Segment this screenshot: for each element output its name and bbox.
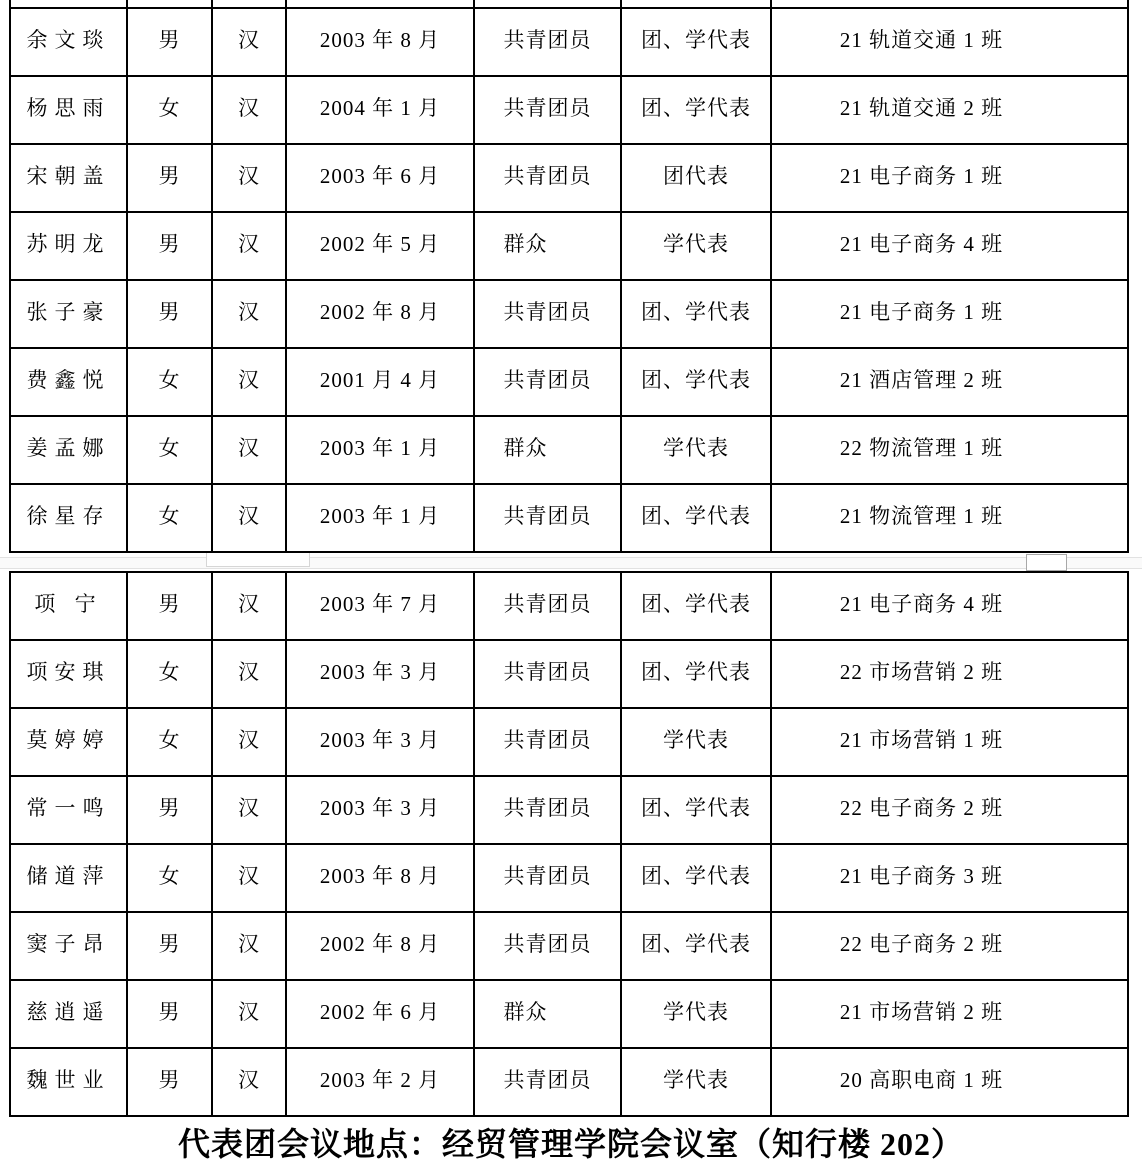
table-cell: 群众	[475, 417, 622, 485]
table-cell-partial	[128, 0, 213, 9]
table-cell: 共青团员	[475, 845, 622, 913]
table-cell: 22 电子商务 2 班	[772, 913, 1127, 981]
table-row: 常一鸣男汉2003 年 3 月共青团员团、学代表22 电子商务 2 班	[11, 777, 1127, 845]
table-cell: 2003 年 6 月	[287, 145, 475, 213]
table-cell: 共青团员	[475, 77, 622, 145]
table-cell: 2003 年 3 月	[287, 777, 475, 845]
table-cell-partial	[475, 0, 622, 9]
table-cell: 男	[128, 1049, 213, 1117]
table-cell: 团、学代表	[622, 281, 772, 349]
table-cell: 群众	[475, 981, 622, 1049]
table-cell: 女	[128, 709, 213, 777]
page-break-handle-left	[206, 551, 310, 567]
table-cell: 男	[128, 281, 213, 349]
table-cell: 团、学代表	[622, 913, 772, 981]
table-cell: 22 电子商务 2 班	[772, 777, 1127, 845]
table-cell: 汉	[213, 981, 287, 1049]
table-cell: 团、学代表	[622, 9, 772, 77]
table-cell: 21 电子商务 1 班	[772, 281, 1127, 349]
table-cell: 储道萍	[11, 845, 128, 913]
table-row: 姜孟娜女汉2003 年 1 月群众 学代表22 物流管理 1 班	[11, 417, 1127, 485]
table-cell: 学代表	[622, 981, 772, 1049]
table-cell: 男	[128, 145, 213, 213]
roster-table-page-1: 余文琰男汉2003 年 8 月共青团员团、学代表21 轨道交通 1 班杨思雨女汉…	[9, 0, 1129, 553]
table-cell: 共青团员	[475, 709, 622, 777]
table-cell: 21 轨道交通 2 班	[772, 77, 1127, 145]
roster-table-page-2: 项 宁男汉2003 年 7 月共青团员团、学代表21 电子商务 4 班项安琪女汉…	[9, 571, 1129, 1117]
table-cell: 苏明龙	[11, 213, 128, 281]
table-cell: 共青团员	[475, 573, 622, 641]
table-row: 张子豪男汉2002 年 8 月共青团员团、学代表21 电子商务 1 班	[11, 281, 1127, 349]
table-cell-partial	[11, 0, 128, 9]
table-cell-partial	[213, 0, 287, 9]
table-cell: 魏世业	[11, 1049, 128, 1117]
table-row: 魏世业男汉2003 年 2 月共青团员学代表20 高职电商 1 班	[11, 1049, 1127, 1117]
table-cell: 2003 年 3 月	[287, 709, 475, 777]
table-cell: 莫婷婷	[11, 709, 128, 777]
table-cell: 团、学代表	[622, 777, 772, 845]
table-cell: 宋朝盖	[11, 145, 128, 213]
table-cell: 女	[128, 485, 213, 553]
table-cell: 团、学代表	[622, 573, 772, 641]
table-cell: 21 轨道交通 1 班	[772, 9, 1127, 77]
table-row: 慈逍遥男汉2002 年 6 月群众 学代表21 市场营销 2 班	[11, 981, 1127, 1049]
table-cell: 共青团员	[475, 281, 622, 349]
table-row: 苏明龙男汉2002 年 5 月群众 学代表21 电子商务 4 班	[11, 213, 1127, 281]
table-cell: 共青团员	[475, 777, 622, 845]
table-cell: 21 市场营销 1 班	[772, 709, 1127, 777]
table-cell-partial	[287, 0, 475, 9]
table-cell: 女	[128, 845, 213, 913]
table-cell: 汉	[213, 349, 287, 417]
table-cell: 共青团员	[475, 913, 622, 981]
table-row: 莫婷婷女汉2003 年 3 月共青团员学代表21 市场营销 1 班	[11, 709, 1127, 777]
table-cell: 汉	[213, 485, 287, 553]
table-cell: 团、学代表	[622, 845, 772, 913]
table-cell: 女	[128, 77, 213, 145]
table-cell: 21 市场营销 2 班	[772, 981, 1127, 1049]
table-cell: 姜孟娜	[11, 417, 128, 485]
table-cell: 学代表	[622, 213, 772, 281]
table-cell: 男	[128, 777, 213, 845]
table-cell: 常一鸣	[11, 777, 128, 845]
table-cell: 2003 年 3 月	[287, 641, 475, 709]
table-cell: 男	[128, 9, 213, 77]
table-cell: 团、学代表	[622, 349, 772, 417]
table-cell: 男	[128, 573, 213, 641]
table-cell: 慈逍遥	[11, 981, 128, 1049]
page-break-handle-right	[1026, 554, 1067, 571]
table-row: 储道萍女汉2003 年 8 月共青团员团、学代表21 电子商务 3 班	[11, 845, 1127, 913]
table-cell: 余文琰	[11, 9, 128, 77]
table-cell: 张子豪	[11, 281, 128, 349]
table-cell: 21 物流管理 1 班	[772, 485, 1127, 553]
table-cell: 21 酒店管理 2 班	[772, 349, 1127, 417]
page-break-divider	[0, 557, 1142, 569]
table-cell: 汉	[213, 213, 287, 281]
table-cell: 女	[128, 349, 213, 417]
table-cell: 21 电子商务 4 班	[772, 213, 1127, 281]
table-cell: 2003 年 7 月	[287, 573, 475, 641]
table-cell: 学代表	[622, 709, 772, 777]
table-row: 徐星存女汉2003 年 1 月共青团员团、学代表21 物流管理 1 班	[11, 485, 1127, 553]
table-cell: 男	[128, 213, 213, 281]
table-cell: 21 电子商务 1 班	[772, 145, 1127, 213]
document-page: 余文琰男汉2003 年 8 月共青团员团、学代表21 轨道交通 1 班杨思雨女汉…	[0, 0, 1142, 1176]
table-cell: 汉	[213, 9, 287, 77]
table-cell: 汉	[213, 641, 287, 709]
table-cell: 2002 年 8 月	[287, 913, 475, 981]
table-cell: 男	[128, 981, 213, 1049]
table-cell: 2003 年 1 月	[287, 417, 475, 485]
table-cell: 22 市场营销 2 班	[772, 641, 1127, 709]
table-cell: 徐星存	[11, 485, 128, 553]
table-row-clipped	[11, 0, 1127, 9]
table-cell: 2003 年 8 月	[287, 845, 475, 913]
meeting-location-caption: 代表团会议地点：经贸管理学院会议室（知行楼 202）	[0, 1119, 1142, 1165]
table-cell: 汉	[213, 777, 287, 845]
table-cell: 团、学代表	[622, 77, 772, 145]
table-cell: 窦子昂	[11, 913, 128, 981]
table-cell: 女	[128, 641, 213, 709]
table-cell: 汉	[213, 281, 287, 349]
table-cell: 汉	[213, 845, 287, 913]
table-cell: 20 高职电商 1 班	[772, 1049, 1127, 1117]
table-row: 项 宁男汉2003 年 7 月共青团员团、学代表21 电子商务 4 班	[11, 573, 1127, 641]
table-cell: 汉	[213, 145, 287, 213]
table-cell: 群众	[475, 213, 622, 281]
table-cell: 2003 年 1 月	[287, 485, 475, 553]
table-cell: 汉	[213, 913, 287, 981]
table-cell-partial	[772, 0, 1127, 9]
table-cell: 共青团员	[475, 145, 622, 213]
table-cell: 杨思雨	[11, 77, 128, 145]
table-cell: 汉	[213, 77, 287, 145]
table-cell: 男	[128, 913, 213, 981]
table-cell: 费鑫悦	[11, 349, 128, 417]
table-cell: 21 电子商务 3 班	[772, 845, 1127, 913]
table-cell: 21 电子商务 4 班	[772, 573, 1127, 641]
table-cell: 汉	[213, 709, 287, 777]
table-cell: 共青团员	[475, 485, 622, 553]
table-cell: 2003 年 2 月	[287, 1049, 475, 1117]
table-row: 项安琪女汉2003 年 3 月共青团员团、学代表22 市场营销 2 班	[11, 641, 1127, 709]
table-row: 杨思雨女汉2004 年 1 月共青团员团、学代表21 轨道交通 2 班	[11, 77, 1127, 145]
table-row: 余文琰男汉2003 年 8 月共青团员团、学代表21 轨道交通 1 班	[11, 9, 1127, 77]
table-cell-partial	[622, 0, 772, 9]
table-cell: 汉	[213, 417, 287, 485]
table-cell: 2001 月 4 月	[287, 349, 475, 417]
table-cell: 项安琪	[11, 641, 128, 709]
table-cell: 2003 年 8 月	[287, 9, 475, 77]
table-cell: 汉	[213, 573, 287, 641]
table-cell: 项 宁	[11, 573, 128, 641]
table-row: 窦子昂男汉2002 年 8 月共青团员团、学代表22 电子商务 2 班	[11, 913, 1127, 981]
table-cell: 2002 年 5 月	[287, 213, 475, 281]
table-cell: 女	[128, 417, 213, 485]
table-cell: 团代表	[622, 145, 772, 213]
table-cell: 团、学代表	[622, 641, 772, 709]
table-cell: 2002 年 6 月	[287, 981, 475, 1049]
table-cell: 团、学代表	[622, 485, 772, 553]
table-cell: 汉	[213, 1049, 287, 1117]
table-cell: 共青团员	[475, 349, 622, 417]
table-cell: 共青团员	[475, 1049, 622, 1117]
table-cell: 2002 年 8 月	[287, 281, 475, 349]
table-row: 费鑫悦女汉2001 月 4 月共青团员团、学代表21 酒店管理 2 班	[11, 349, 1127, 417]
table-row: 宋朝盖男汉2003 年 6 月共青团员团代表21 电子商务 1 班	[11, 145, 1127, 213]
table-cell: 2004 年 1 月	[287, 77, 475, 145]
table-cell: 共青团员	[475, 9, 622, 77]
table-cell: 22 物流管理 1 班	[772, 417, 1127, 485]
table-cell: 学代表	[622, 1049, 772, 1117]
table-cell: 共青团员	[475, 641, 622, 709]
table-cell: 学代表	[622, 417, 772, 485]
